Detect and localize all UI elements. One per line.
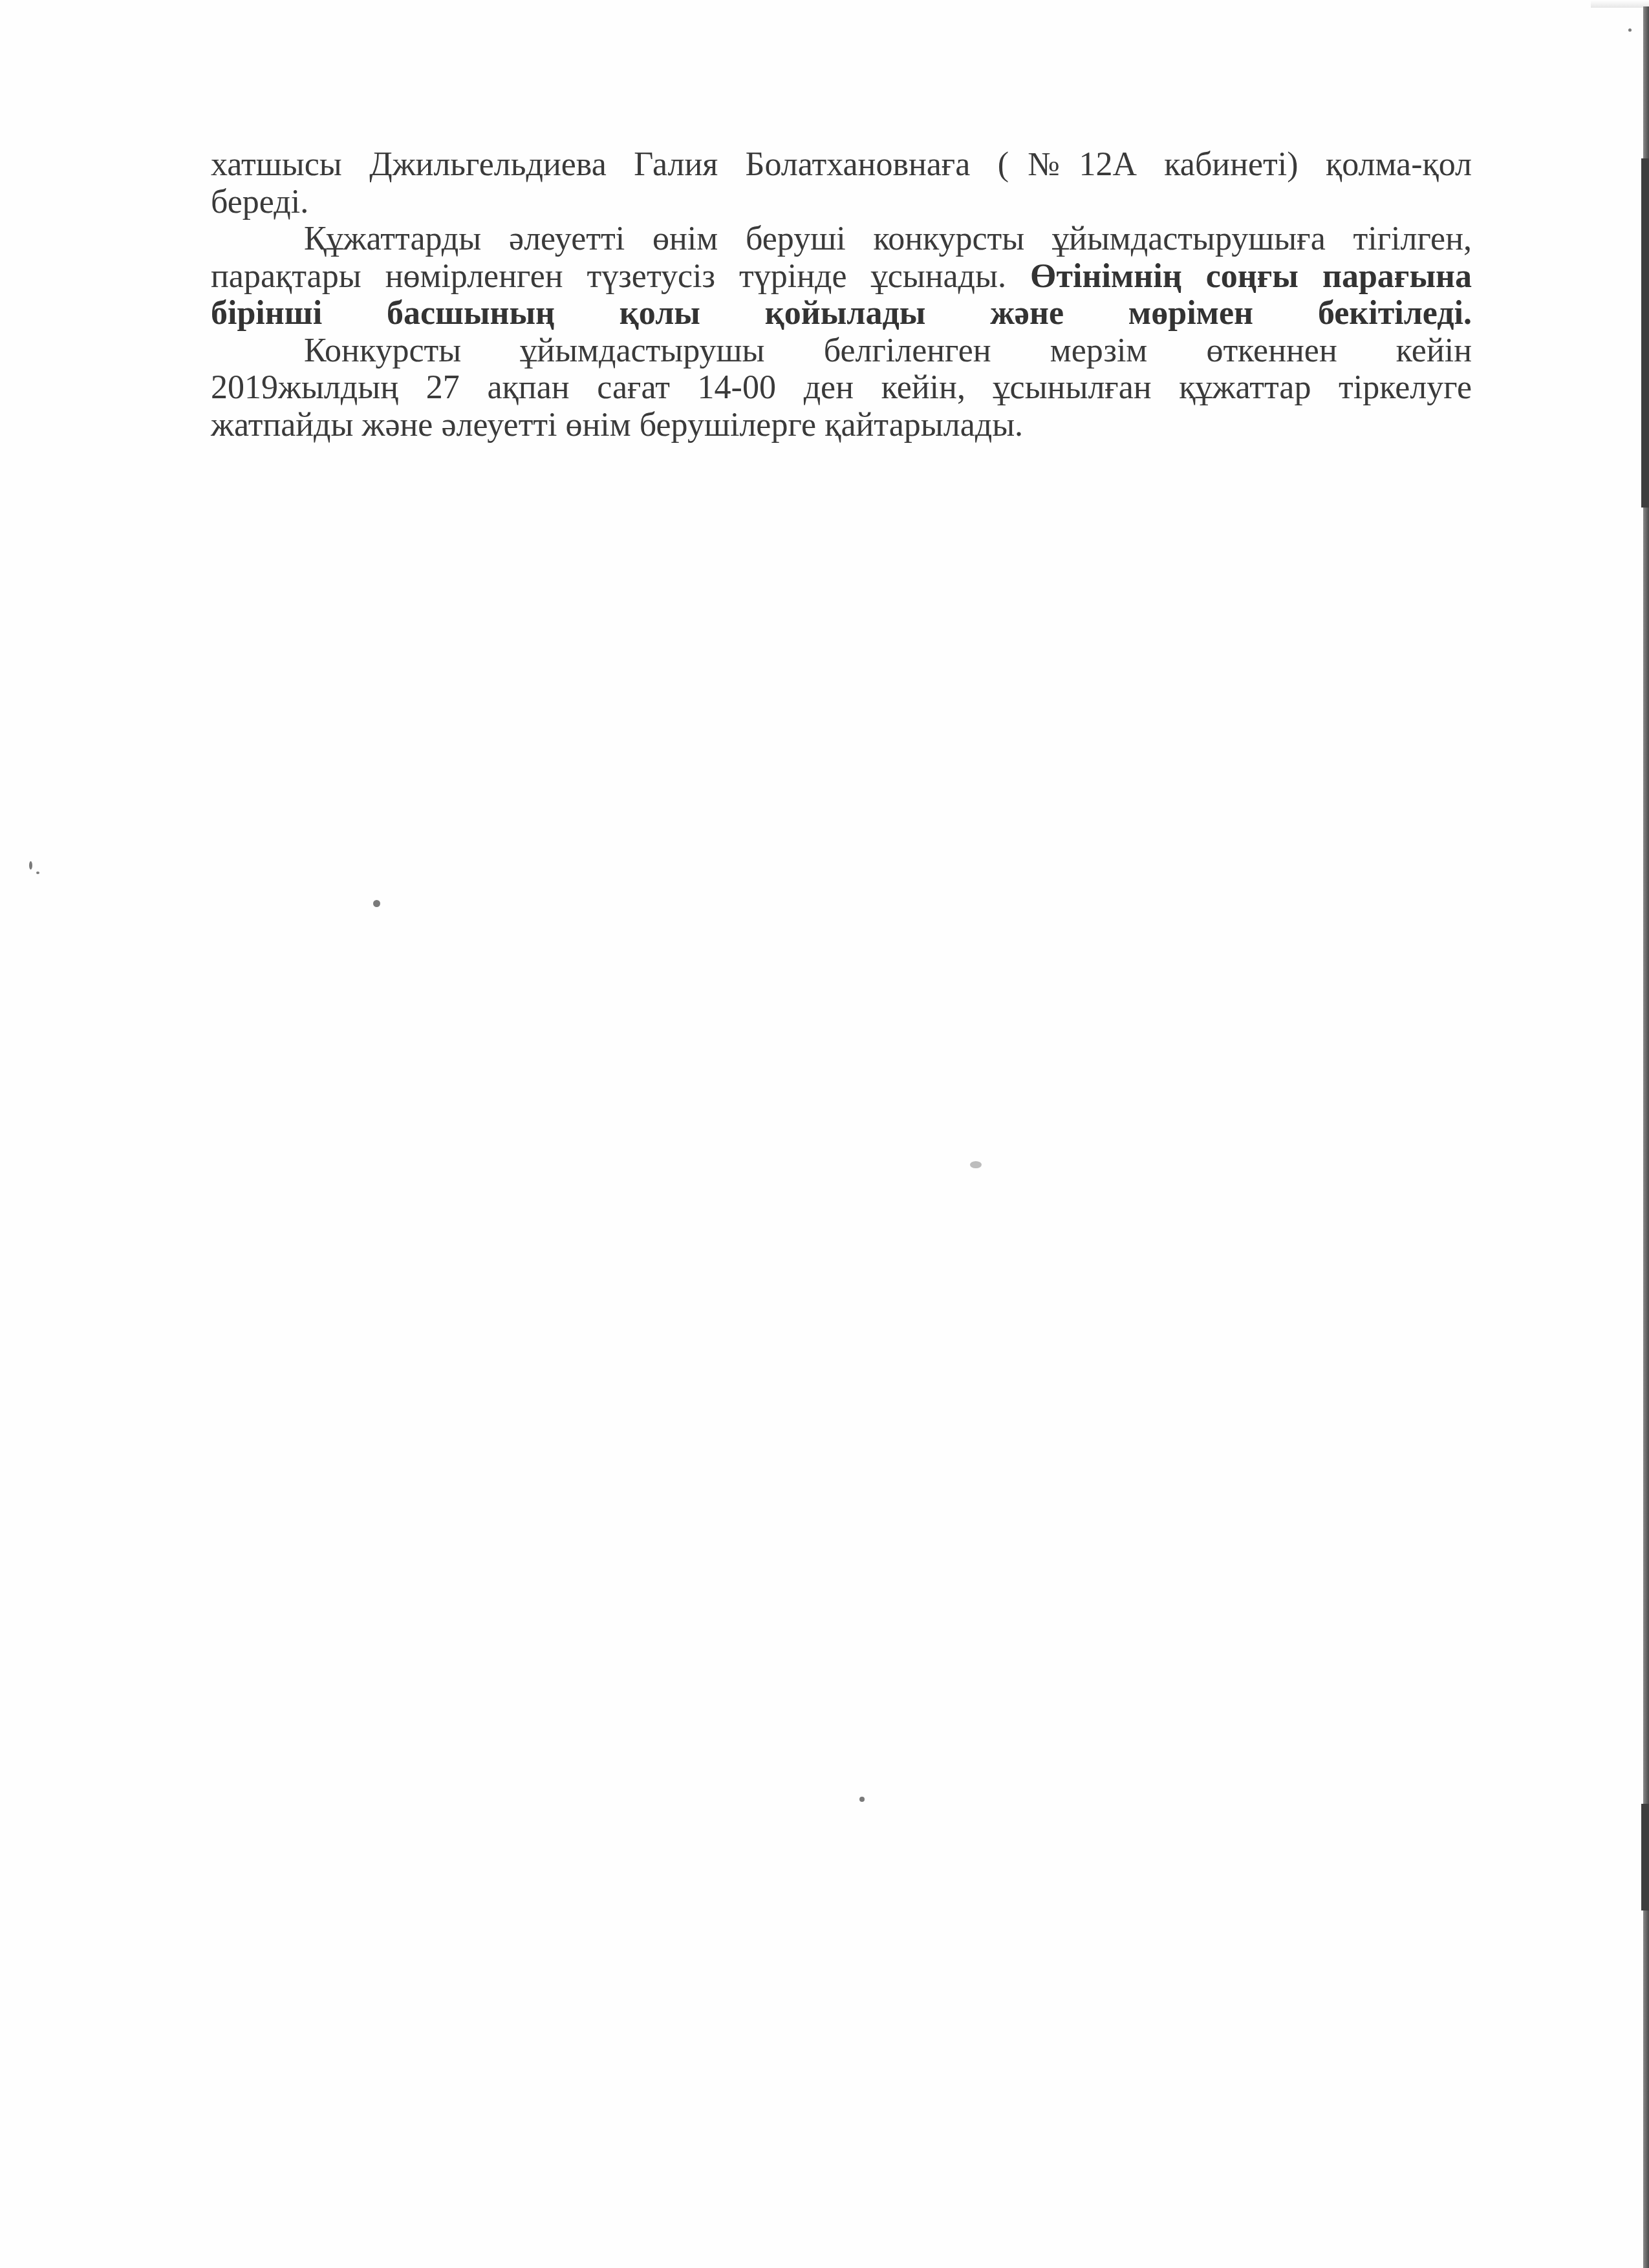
paragraph-3: Конкурсты ұйымдастырушы белгіленген мерз…	[211, 332, 1472, 444]
text-line: береді.	[211, 184, 1472, 221]
bold-text-run: Өтінімнің соңғы парағына	[1030, 258, 1472, 295]
document-body: хатшысы Джильгельдиева Галия Болатхановн…	[211, 146, 1472, 444]
scan-speck	[859, 1797, 865, 1802]
text-line: 2019жылдың 27 ақпан сағат 14-00 ден кейі…	[211, 369, 1472, 407]
scan-speck	[970, 1161, 982, 1168]
paragraph-1: хатшысы Джильгельдиева Галия Болатхановн…	[211, 146, 1472, 220]
scan-speck	[29, 861, 32, 870]
scan-speck	[1628, 28, 1632, 32]
scan-speck	[36, 872, 39, 874]
paragraph-2: Құжаттарды әлеуетті өнім беруші конкурст…	[211, 220, 1472, 332]
text-line: Құжаттарды әлеуетті өнім беруші конкурст…	[211, 220, 1472, 258]
scanned-page: хатшысы Джильгельдиева Галия Болатхановн…	[0, 0, 1649, 2268]
text-run: парақтары нөмірленген түзетусіз түрінде …	[211, 258, 1006, 295]
bold-text-line: бірінші басшының қолы қойылады және мөрі…	[211, 295, 1472, 332]
scanner-edge-dark-segment	[1641, 1804, 1649, 1910]
scanner-edge-dark-segment	[1641, 158, 1649, 508]
text-line-mixed: парақтары нөмірленген түзетусіз түрінде …	[211, 258, 1472, 295]
text-line: Конкурсты ұйымдастырушы белгіленген мерз…	[211, 332, 1472, 370]
text-line: хатшысы Джильгельдиева Галия Болатхановн…	[211, 146, 1472, 184]
scan-speck	[373, 900, 380, 907]
text-line: жатпайды және әлеуетті өнім берушілерге …	[211, 407, 1472, 444]
scanner-top-shadow	[1591, 0, 1649, 8]
